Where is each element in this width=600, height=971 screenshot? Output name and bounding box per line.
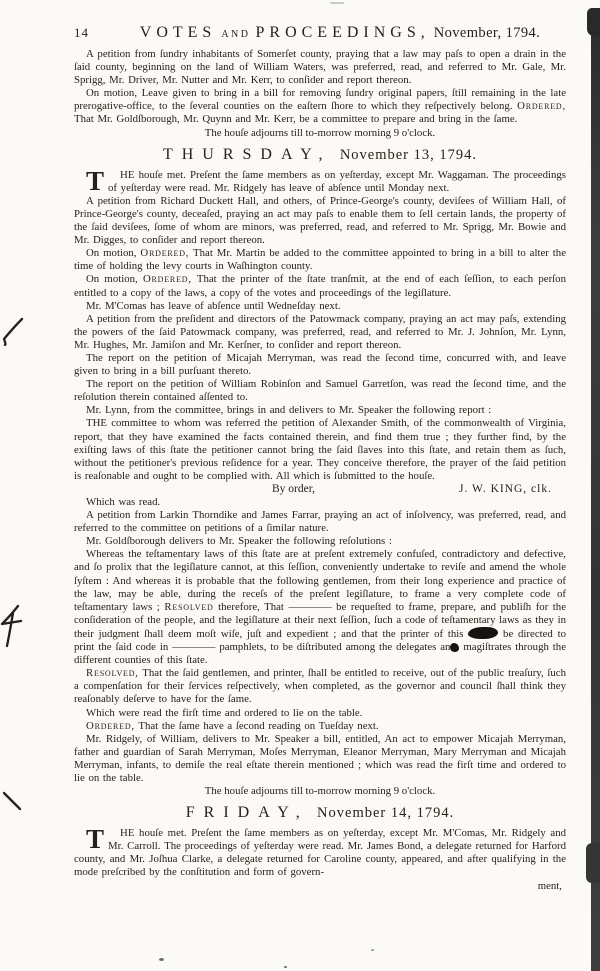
small-caps-word: Ordered,	[517, 100, 566, 112]
ink-blot	[450, 643, 459, 652]
paragraph: THE houſe met. Preſent the ſame members …	[74, 169, 566, 195]
centered-line: The houſe adjourns till to-morrow mornin…	[74, 785, 566, 798]
page-header: 14 VOTES AND PROCEEDINGS, November, 1794…	[74, 24, 566, 42]
paragraph: The report on the petition of Micajah Me…	[74, 352, 566, 378]
paragraph: A petition from Larkin Thorndike and Jam…	[74, 509, 566, 535]
paragraph: THE committee to whom was referred the p…	[74, 417, 566, 482]
small-caps-word: Resolved,	[86, 667, 139, 679]
paragraph: On motion, Leave given to bring in a bil…	[74, 87, 566, 126]
day-date: November 13, 1794.	[332, 147, 477, 163]
catchword: ment,	[74, 880, 566, 893]
paragraph: The report on the petition of William Ro…	[74, 378, 566, 404]
byline-signature: J. W. KING, clk.	[459, 483, 552, 496]
day-heading: FRIDAY, November 14, 1794.	[74, 804, 566, 823]
paragraph: Ordered, That the ſame have a ſecond rea…	[74, 720, 566, 733]
scan-edge-strip	[591, 8, 600, 971]
margin-pen-mark-1	[1, 316, 25, 346]
centered-line: The houſe adjourns till to-morrow mornin…	[74, 127, 566, 140]
small-caps-word: Ordered,	[143, 273, 192, 285]
day-date: November 14, 1794.	[309, 805, 454, 821]
scan-speck	[330, 2, 344, 4]
paragraph: Whereas the teſtamentary laws of this ſt…	[74, 548, 566, 667]
paragraph: Which were read the firſt time and order…	[74, 707, 566, 720]
scan-speck	[371, 949, 374, 951]
drop-cap: T	[74, 827, 108, 850]
scan-edge-strip-bulge	[586, 843, 600, 883]
running-title-proceedings: PROCEEDINGS,	[256, 24, 430, 41]
running-title-and: AND	[221, 29, 250, 40]
running-title-votes: VOTES	[140, 24, 217, 41]
page-number: 14	[74, 25, 114, 41]
small-caps-word: Ordered,	[140, 247, 189, 259]
day-heading: THURSDAY, November 13, 1794.	[74, 146, 566, 165]
paragraph: Which was read.	[74, 496, 566, 509]
paragraph: Mr. Lynn, from the committee, brings in …	[74, 404, 566, 417]
paragraph: A petition from the preſident and direct…	[74, 313, 566, 352]
scan-edge-strip-top	[587, 8, 600, 36]
text-block: A petition from ſundry inhabitants of So…	[74, 48, 566, 893]
byline-by-order: By order,	[272, 483, 315, 496]
margin-pen-mark-3	[1, 790, 23, 812]
ink-blot	[468, 627, 498, 639]
scan-speck	[159, 958, 164, 961]
paragraph: Mr. Ridgely, of William, delivers to Mr.…	[74, 733, 566, 785]
scanned-document-page: 14 VOTES AND PROCEEDINGS, November, 1794…	[0, 0, 600, 971]
day-name: THURSDAY,	[163, 146, 332, 163]
scan-speck	[284, 966, 287, 968]
paragraph: Mr. M'Comas has leave of abſence until W…	[74, 300, 566, 313]
small-caps-word: Resolved	[164, 601, 213, 613]
paragraph: On motion, Ordered, That the printer of …	[74, 273, 566, 299]
running-title: VOTES AND PROCEEDINGS, November, 1794.	[114, 24, 566, 42]
paragraph: A petition from ſundry inhabitants of So…	[74, 48, 566, 87]
byline: By order,J. W. KING, clk.	[74, 483, 566, 496]
margin-pen-mark-2	[0, 604, 26, 648]
drop-cap: T	[74, 169, 108, 192]
day-name: FRIDAY,	[186, 804, 309, 821]
small-caps-word: Ordered,	[86, 720, 135, 732]
paragraph: On motion, Ordered, That Mr. Martin be a…	[74, 247, 566, 273]
paragraph: Mr. Goldſborough delivers to Mr. Speaker…	[74, 535, 566, 548]
paragraph: THE houſe met. Preſent the ſame members …	[74, 827, 566, 879]
paragraph: A petition from Richard Duckett Hall, an…	[74, 195, 566, 247]
running-title-date: November, 1794.	[434, 25, 541, 41]
paragraph: Resolved, That the ſaid gentlemen, and p…	[74, 667, 566, 706]
